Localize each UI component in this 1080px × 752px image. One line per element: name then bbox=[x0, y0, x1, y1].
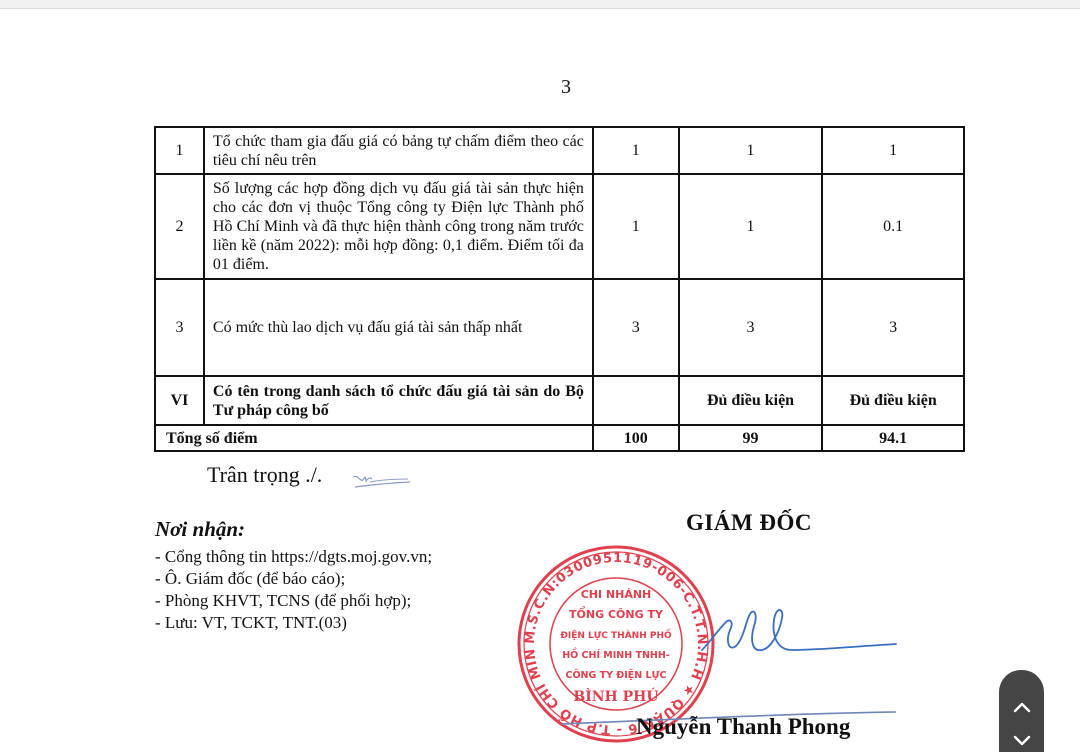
signature-mark bbox=[700, 600, 900, 670]
self-score: 1 bbox=[679, 174, 823, 279]
row-number: 3 bbox=[155, 279, 204, 376]
max-score bbox=[593, 376, 679, 425]
criteria-description: Số lượng các hợp đồng dịch vụ đấu giá tà… bbox=[204, 174, 593, 279]
svg-text:ĐIỆN LỰC THÀNH PHỐ: ĐIỆN LỰC THÀNH PHỐ bbox=[560, 628, 672, 641]
total-max: 100 bbox=[593, 425, 679, 451]
recipients-list: - Cổng thông tin https://dgts.moj.gov.vn… bbox=[155, 546, 432, 634]
svg-text:CÔNG TY ĐIỆN LỰC: CÔNG TY ĐIỆN LỰC bbox=[566, 669, 667, 681]
initials-mark bbox=[350, 468, 412, 494]
previous-page-button[interactable] bbox=[999, 690, 1044, 724]
criteria-description: Tổ chức tham gia đấu giá có bảng tự chấm… bbox=[204, 127, 593, 174]
recipient-item: - Phòng KHVT, TCNS (để phối hợp); bbox=[155, 590, 432, 612]
criteria-description: Có tên trong danh sách tổ chức đấu giá t… bbox=[204, 376, 593, 425]
table-row: 1 Tổ chức tham gia đấu giá có bảng tự ch… bbox=[155, 127, 964, 174]
recipient-item: - Cổng thông tin https://dgts.moj.gov.vn… bbox=[155, 546, 432, 568]
page-navigation bbox=[999, 670, 1044, 752]
recipient-item: - Ô. Giám đốc (để báo cáo); bbox=[155, 568, 432, 590]
table-row: 3 Có mức thù lao dịch vụ đấu giá tài sản… bbox=[155, 279, 964, 376]
document-page: 3 1 Tổ chức tham gia đấu giá có bảng tự … bbox=[0, 10, 1080, 752]
table-total-row: Tổng số điểm 100 99 94.1 bbox=[155, 425, 964, 451]
evaluated-score: 0.1 bbox=[822, 174, 964, 279]
svg-text:CHI NHÁNH: CHI NHÁNH bbox=[581, 588, 652, 601]
self-score: 1 bbox=[679, 127, 823, 174]
max-score: 1 bbox=[593, 127, 679, 174]
recipient-item: - Lưu: VT, TCKT, TNT.(03) bbox=[155, 612, 432, 634]
svg-text:HỒ CHÍ MINH TNHH-: HỒ CHÍ MINH TNHH- bbox=[562, 648, 670, 661]
evaluated-score: 3 bbox=[822, 279, 964, 376]
next-page-button[interactable] bbox=[999, 724, 1044, 752]
total-eval: 94.1 bbox=[822, 425, 964, 451]
svg-text:BÌNH PHÚ: BÌNH PHÚ bbox=[573, 687, 658, 705]
row-number: 1 bbox=[155, 127, 204, 174]
score-table: 1 Tổ chức tham gia đấu giá có bảng tự ch… bbox=[154, 126, 965, 452]
section-number: VI bbox=[155, 376, 204, 425]
max-score: 3 bbox=[593, 279, 679, 376]
total-self: 99 bbox=[679, 425, 823, 451]
recipients-block: Nơi nhận: - Cổng thông tin https://dgts.… bbox=[155, 517, 432, 634]
evaluated-score: 1 bbox=[822, 127, 964, 174]
chevron-down-icon bbox=[1013, 735, 1031, 747]
table-row-section: VI Có tên trong danh sách tổ chức đấu gi… bbox=[155, 376, 964, 425]
chevron-up-icon bbox=[1013, 701, 1031, 713]
recipients-title: Nơi nhận: bbox=[155, 517, 432, 542]
closing-text: Trân trọng ./. bbox=[207, 462, 322, 488]
svg-text:TỔNG CÔNG TY: TỔNG CÔNG TY bbox=[569, 606, 664, 621]
self-score: 3 bbox=[679, 279, 823, 376]
page-number: 3 bbox=[556, 76, 576, 99]
max-score: 1 bbox=[593, 174, 679, 279]
criteria-description: Có mức thù lao dịch vụ đấu giá tài sản t… bbox=[204, 279, 593, 376]
row-number: 2 bbox=[155, 174, 204, 279]
viewer-top-bar bbox=[0, 0, 1080, 9]
signer-title: GIÁM ĐỐC bbox=[686, 510, 812, 536]
self-score: Đủ điều kiện bbox=[679, 376, 823, 425]
total-label: Tổng số điểm bbox=[155, 425, 593, 451]
table-row: 2 Số lượng các hợp đồng dịch vụ đấu giá … bbox=[155, 174, 964, 279]
evaluated-score: Đủ điều kiện bbox=[822, 376, 964, 425]
signer-name: Nguyễn Thanh Phong bbox=[636, 714, 850, 740]
